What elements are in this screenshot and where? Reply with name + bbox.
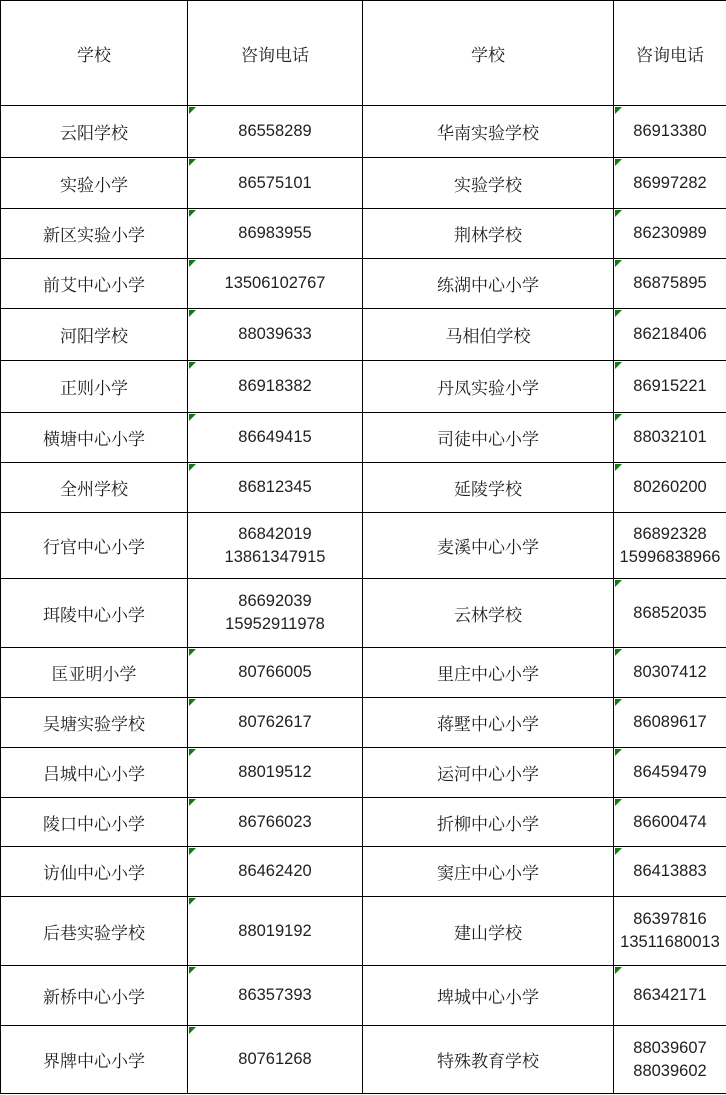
school-cell: 特殊教育学校	[363, 1026, 614, 1094]
school-cell: 里庄中心小学	[363, 648, 614, 698]
school-cell: 延陵学校	[363, 463, 614, 513]
phone-cell: 88019512	[188, 748, 363, 798]
table-row: 正则小学86918382丹凤实验小学86915221	[1, 361, 726, 413]
school-cell: 河阳学校	[1, 309, 188, 361]
phone-cell: 80762617	[188, 698, 363, 748]
phone-cell: 13506102767	[188, 259, 363, 309]
school-cell: 界牌中心小学	[1, 1026, 188, 1094]
table-row: 横塘中心小学86649415司徒中心小学88032101	[1, 413, 726, 463]
school-cell: 埤城中心小学	[363, 966, 614, 1026]
phone-cell: 86875895	[614, 259, 726, 309]
table-row: 珥陵中心小学86692039 15952911978云林学校86852035	[1, 579, 726, 648]
phone-cell: 80260200	[614, 463, 726, 513]
phone-cell: 86812345	[188, 463, 363, 513]
table-row: 河阳学校88039633马相伯学校86218406	[1, 309, 726, 361]
school-cell: 新桥中心小学	[1, 966, 188, 1026]
school-cell: 吴塘实验学校	[1, 698, 188, 748]
school-cell: 正则小学	[1, 361, 188, 413]
table-row: 实验小学86575101实验学校86997282	[1, 158, 726, 209]
green-triangle-icon	[615, 260, 622, 267]
table-row: 全州学校86812345延陵学校80260200	[1, 463, 726, 513]
phone-cell: 86558289	[188, 106, 363, 158]
table-row: 吕城中心小学88019512运河中心小学86459479	[1, 748, 726, 798]
green-triangle-icon	[189, 848, 196, 855]
table-row: 前艾中心小学13506102767练湖中心小学86875895	[1, 259, 726, 309]
phone-cell: 86397816 13511680013	[614, 897, 726, 966]
green-triangle-icon	[189, 107, 196, 114]
school-cell: 陵口中心小学	[1, 798, 188, 847]
school-cell: 荆林学校	[363, 209, 614, 259]
school-cell: 后巷实验学校	[1, 897, 188, 966]
green-triangle-icon	[189, 362, 196, 369]
phone-cell: 86459479	[614, 748, 726, 798]
green-triangle-icon	[615, 464, 622, 471]
school-cell: 新区实验小学	[1, 209, 188, 259]
phone-cell: 88032101	[614, 413, 726, 463]
school-cell: 行官中心小学	[1, 513, 188, 579]
column-header-school-left: 学校	[1, 1, 188, 106]
school-cell: 实验学校	[363, 158, 614, 209]
school-cell: 全州学校	[1, 463, 188, 513]
green-triangle-icon	[615, 699, 622, 706]
green-triangle-icon	[615, 967, 622, 974]
school-cell: 窦庄中心小学	[363, 847, 614, 897]
green-triangle-icon	[189, 1027, 196, 1034]
table-row: 陵口中心小学86766023折柳中心小学86600474	[1, 798, 726, 847]
phone-cell: 86649415	[188, 413, 363, 463]
school-cell: 珥陵中心小学	[1, 579, 188, 648]
school-cell: 马相伯学校	[363, 309, 614, 361]
phone-cell: 86892328 15996838966	[614, 513, 726, 579]
green-triangle-icon	[189, 898, 196, 905]
green-triangle-icon	[189, 699, 196, 706]
green-triangle-icon	[189, 799, 196, 806]
green-triangle-icon	[615, 107, 622, 114]
phone-cell: 86915221	[614, 361, 726, 413]
green-triangle-icon	[615, 362, 622, 369]
table-row: 云阳学校86558289华南实验学校86913380	[1, 106, 726, 158]
column-header-school-right: 学校	[363, 1, 614, 106]
school-cell: 练湖中心小学	[363, 259, 614, 309]
phone-cell: 80766005	[188, 648, 363, 698]
phone-cell: 86575101	[188, 158, 363, 209]
column-header-phone-right: 咨询电话	[614, 1, 726, 106]
school-cell: 建山学校	[363, 897, 614, 966]
phone-cell: 86230989	[614, 209, 726, 259]
phone-cell: 86089617	[614, 698, 726, 748]
green-triangle-icon	[615, 749, 622, 756]
green-triangle-icon	[189, 414, 196, 421]
phone-cell: 86983955	[188, 209, 363, 259]
school-cell: 横塘中心小学	[1, 413, 188, 463]
school-cell: 丹凤实验小学	[363, 361, 614, 413]
green-triangle-icon	[189, 464, 196, 471]
phone-cell: 86997282	[614, 158, 726, 209]
green-triangle-icon	[189, 210, 196, 217]
table-header-row: 学校 咨询电话 学校 咨询电话	[1, 1, 726, 106]
green-triangle-icon	[615, 159, 622, 166]
table-row: 新桥中心小学86357393埤城中心小学86342171	[1, 966, 726, 1026]
phone-cell: 86692039 15952911978	[188, 579, 363, 648]
table-row: 界牌中心小学80761268特殊教育学校88039607 88039602	[1, 1026, 726, 1094]
green-triangle-icon	[189, 159, 196, 166]
school-cell: 运河中心小学	[363, 748, 614, 798]
school-cell: 麦溪中心小学	[363, 513, 614, 579]
green-triangle-icon	[189, 310, 196, 317]
phone-cell: 86600474	[614, 798, 726, 847]
school-cell: 云阳学校	[1, 106, 188, 158]
phone-cell: 86218406	[614, 309, 726, 361]
table-row: 新区实验小学86983955荆林学校86230989	[1, 209, 726, 259]
green-triangle-icon	[189, 967, 196, 974]
green-triangle-icon	[189, 260, 196, 267]
phone-cell: 88039633	[188, 309, 363, 361]
phone-cell: 86842019 13861347915	[188, 513, 363, 579]
school-cell: 司徒中心小学	[363, 413, 614, 463]
green-triangle-icon	[189, 749, 196, 756]
school-phone-table: 学校 咨询电话 学校 咨询电话 云阳学校86558289华南实验学校869133…	[0, 0, 726, 1094]
green-triangle-icon	[615, 580, 622, 587]
phone-cell: 86918382	[188, 361, 363, 413]
column-header-phone-left: 咨询电话	[188, 1, 363, 106]
phone-cell: 86852035	[614, 579, 726, 648]
phone-cell: 88039607 88039602	[614, 1026, 726, 1094]
table-row: 匡亚明小学80766005里庄中心小学80307412	[1, 648, 726, 698]
green-triangle-icon	[189, 649, 196, 656]
phone-cell: 86357393	[188, 966, 363, 1026]
table-body: 云阳学校86558289华南实验学校86913380实验小学86575101实验…	[1, 106, 726, 1094]
phone-cell: 80761268	[188, 1026, 363, 1094]
school-cell: 访仙中心小学	[1, 847, 188, 897]
school-cell: 蒋墅中心小学	[363, 698, 614, 748]
table-row: 吴塘实验学校80762617蒋墅中心小学86089617	[1, 698, 726, 748]
green-triangle-icon	[615, 649, 622, 656]
phone-cell: 88019192	[188, 897, 363, 966]
green-triangle-icon	[615, 799, 622, 806]
table-row: 访仙中心小学86462420窦庄中心小学86413883	[1, 847, 726, 897]
phone-cell: 86913380	[614, 106, 726, 158]
school-cell: 吕城中心小学	[1, 748, 188, 798]
phone-cell: 86413883	[614, 847, 726, 897]
green-triangle-icon	[615, 848, 622, 855]
school-cell: 云林学校	[363, 579, 614, 648]
phone-cell: 86766023	[188, 798, 363, 847]
phone-cell: 86462420	[188, 847, 363, 897]
table-row: 行官中心小学86842019 13861347915麦溪中心小学86892328…	[1, 513, 726, 579]
green-triangle-icon	[615, 210, 622, 217]
school-cell: 实验小学	[1, 158, 188, 209]
green-triangle-icon	[615, 310, 622, 317]
phone-cell: 80307412	[614, 648, 726, 698]
green-triangle-icon	[615, 414, 622, 421]
school-cell: 匡亚明小学	[1, 648, 188, 698]
school-cell: 华南实验学校	[363, 106, 614, 158]
table-row: 后巷实验学校88019192建山学校86397816 13511680013	[1, 897, 726, 966]
phone-cell: 86342171	[614, 966, 726, 1026]
school-cell: 前艾中心小学	[1, 259, 188, 309]
school-cell: 折柳中心小学	[363, 798, 614, 847]
